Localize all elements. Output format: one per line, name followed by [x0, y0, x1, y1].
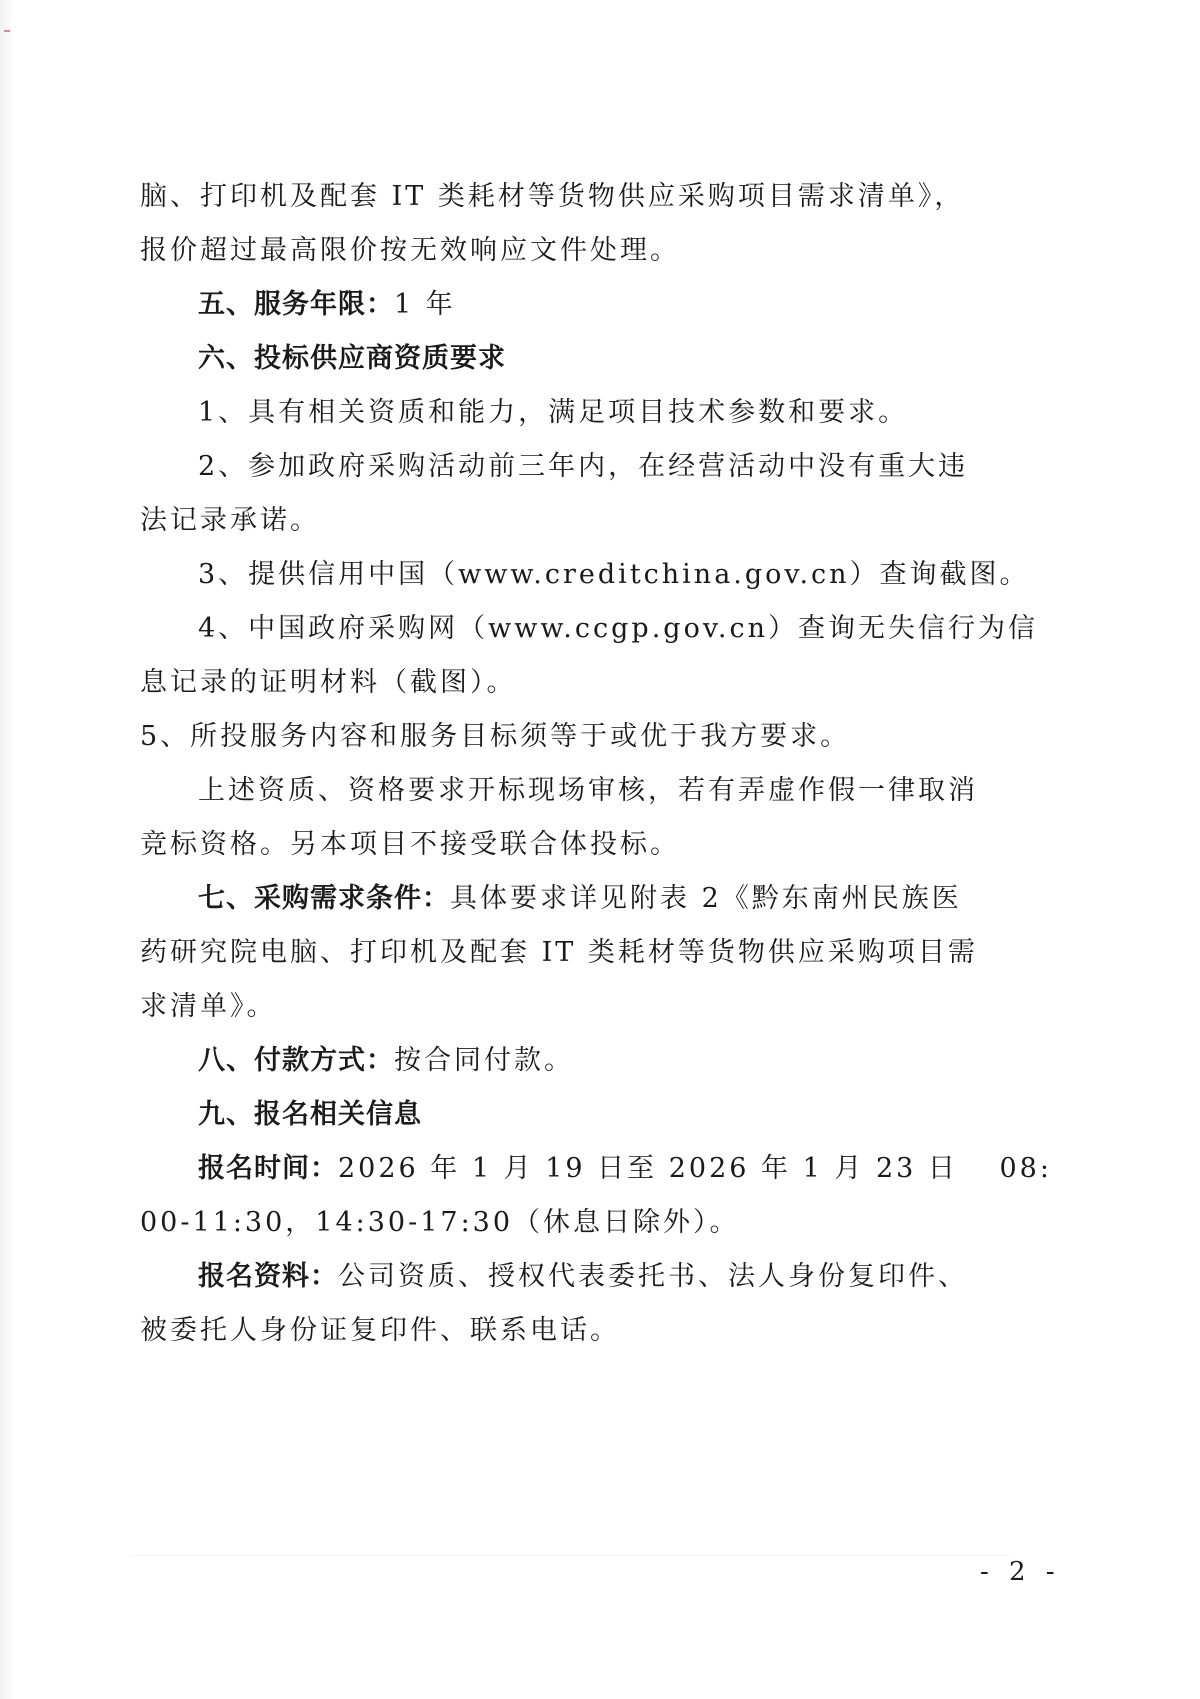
section-heading: 八、付款方式：按合同付款。 [198, 1044, 574, 1078]
registration-time: 报名时间：2026 年 1 月 19 日至 2026 年 1 月 23 日 08… [198, 1152, 1052, 1186]
list-item: 4、中国政府采购网（www.ccgp.gov.cn）查询无失信行为信 [198, 612, 1038, 646]
line-text: 药研究院电脑、打印机及配套 IT 类耗材等货物供应采购项目需 [140, 937, 978, 968]
body-line: 法记录承诺。 [140, 504, 320, 538]
line-text: 2026 年 1 月 19 日至 2026 年 1 月 23 日 08: [338, 1153, 1052, 1184]
line-text: 竞标资格。另本项目不接受联合体投标。 [140, 829, 680, 860]
body-line: 息记录的证明材料（截图）。 [140, 666, 517, 700]
line-text: 00-11:30，14:30-17:30（休息日除外）。 [140, 1207, 740, 1238]
body-line: 被委托人身份证复印件、联系电话。 [140, 1314, 620, 1348]
registration-materials: 报名资料：公司资质、授权代表委托书、法人身份复印件、 [198, 1260, 968, 1294]
line-text: 报价超过最高限价按无效响应文件处理。 [140, 235, 680, 266]
list-item: 2、参加政府采购活动前三年内，在经营活动中没有重大违 [198, 450, 968, 484]
section-heading: 七、采购需求条件：具体要求详见附表 2《黔东南州民族医 [198, 882, 962, 916]
body-line: 竞标资格。另本项目不接受联合体投标。 [140, 828, 680, 862]
line-text: 上述资质、资格要求开标现场审核，若有弄虚作假一律取消 [198, 775, 978, 806]
heading-label: 六、投标供应商资质要求 [198, 343, 506, 374]
list-item: 3、提供信用中国（www.creditchina.gov.cn）查询截图。 [198, 558, 1030, 592]
section-heading: 五、服务年限：1 年 [198, 288, 456, 322]
heading-label: 八、付款方式： [198, 1045, 394, 1076]
body-line: 脑、打印机及配套 IT 类耗材等货物供应采购项目需求清单》， [140, 180, 964, 214]
line-text: 1、具有相关资质和能力，满足项目技术参数和要求。 [198, 397, 908, 428]
line-text: 息记录的证明材料（截图）。 [140, 667, 517, 698]
line-text: 3、提供信用中国（www.creditchina.gov.cn）查询截图。 [198, 559, 1030, 590]
list-item: 5、所投服务内容和服务目标须等于或优于我方要求。 [140, 720, 850, 754]
section-heading: 九、报名相关信息 [198, 1098, 422, 1132]
line-text: 公司资质、授权代表委托书、法人身份复印件、 [338, 1261, 968, 1292]
heading-label: 七、采购需求条件： [198, 883, 450, 914]
line-text: 被委托人身份证复印件、联系电话。 [140, 1315, 620, 1346]
line-text: 求清单》。 [140, 991, 277, 1022]
body-line: 上述资质、资格要求开标现场审核，若有弄虚作假一律取消 [198, 774, 978, 808]
line-text: 法记录承诺。 [140, 505, 320, 536]
list-item: 1、具有相关资质和能力，满足项目技术参数和要求。 [198, 396, 908, 430]
body-line: 报价超过最高限价按无效响应文件处理。 [140, 234, 680, 268]
scan-edge [0, 0, 14, 1699]
footer-divider [130, 1555, 1010, 1556]
line-text: 1 年 [394, 289, 456, 320]
body-line: 00-11:30，14:30-17:30（休息日除外）。 [140, 1206, 740, 1240]
section-heading: 六、投标供应商资质要求 [198, 342, 506, 376]
heading-label: 九、报名相关信息 [198, 1099, 422, 1130]
body-line: 求清单》。 [140, 990, 277, 1024]
field-label: 报名时间： [198, 1153, 338, 1184]
field-label: 报名资料： [198, 1261, 338, 1292]
line-text: 4、中国政府采购网（www.ccgp.gov.cn）查询无失信行为信 [198, 613, 1038, 644]
line-text: 按合同付款。 [394, 1045, 574, 1076]
line-text: 2、参加政府采购活动前三年内，在经营活动中没有重大违 [198, 451, 968, 482]
line-text: 5、所投服务内容和服务目标须等于或优于我方要求。 [140, 721, 850, 752]
line-text: 具体要求详见附表 2《黔东南州民族医 [450, 883, 962, 914]
heading-label: 五、服务年限： [198, 289, 394, 320]
document-page: 脑、打印机及配套 IT 类耗材等货物供应采购项目需求清单》， 报价超过最高限价按… [0, 0, 1200, 1699]
page-number: - 2 - [980, 1557, 1061, 1587]
body-line: 药研究院电脑、打印机及配套 IT 类耗材等货物供应采购项目需 [140, 936, 978, 970]
line-text: 脑、打印机及配套 IT 类耗材等货物供应采购项目需求清单》， [140, 181, 964, 212]
scan-mark [4, 30, 10, 32]
